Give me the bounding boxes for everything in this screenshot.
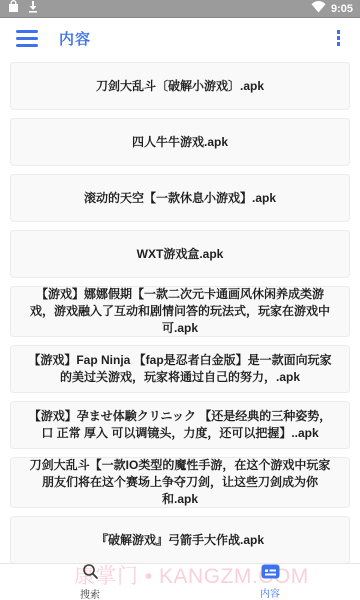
bottom-nav: 搜索 内容 <box>0 563 360 600</box>
wifi-icon <box>311 0 326 18</box>
download-icon <box>27 0 39 18</box>
list-item[interactable]: 『破解游戏』弓箭手大作战.apk <box>10 516 350 564</box>
search-icon <box>82 563 99 585</box>
tab-search[interactable]: 搜索 <box>0 564 180 600</box>
list-item[interactable]: 刀剑大乱斗【一款IO类型的魔性手游，在这个游戏中玩家朋友们将在这个赛场上争夺刀剑… <box>10 457 350 508</box>
list-item-label: 滚动的天空【一款休息小游戏】.apk <box>84 190 276 207</box>
content-icon <box>261 564 280 584</box>
list-item[interactable]: 刀剑大乱斗〔破解小游戏〕.apk <box>10 62 350 110</box>
list-item-label: 刀剑大乱斗〔破解小游戏〕.apk <box>96 78 264 95</box>
status-bar: 9:05 <box>0 0 360 18</box>
list-item[interactable]: 【游戏】孕ませ体験クリニック 【还是经典的三种姿势，口 正常 厚入 可以调镜头，… <box>10 401 350 449</box>
shopping-bag-icon <box>7 0 20 18</box>
overflow-menu-icon[interactable] <box>333 26 345 50</box>
tab-content[interactable]: 内容 <box>180 564 360 600</box>
list-item-label: 【游戏】Fap Ninja 【fap是忍者白金版】是一款面向玩家的美过关游戏，玩… <box>25 352 335 386</box>
app-bar: 内容 <box>0 18 360 58</box>
file-list: 刀剑大乱斗〔破解小游戏〕.apk四人牛牛游戏.apk滚动的天空【一款休息小游戏】… <box>0 58 360 564</box>
list-item-label: 刀剑大乱斗【一款IO类型的魔性手游，在这个游戏中玩家朋友们将在这个赛场上争夺刀剑… <box>25 457 335 508</box>
clock: 9:05 <box>331 3 353 15</box>
list-item-label: WXT游戏盒.apk <box>137 246 224 263</box>
list-item-label: 【游戏】孕ませ体験クリニック 【还是经典的三种姿势，口 正常 厚入 可以调镜头，… <box>25 408 335 442</box>
tab-content-label: 内容 <box>260 585 280 600</box>
tab-search-label: 搜索 <box>80 586 100 600</box>
list-item-label: 四人牛牛游戏.apk <box>132 134 228 151</box>
page-title: 内容 <box>59 28 91 49</box>
list-item[interactable]: WXT游戏盒.apk <box>10 230 350 278</box>
list-item[interactable]: 【游戏】Fap Ninja 【fap是忍者白金版】是一款面向玩家的美过关游戏，玩… <box>10 345 350 393</box>
list-item[interactable]: 【游戏】娜娜假期【一款二次元卡通画风休闲养成类游戏，游戏融入了互动和剧情问答的玩… <box>10 286 350 337</box>
list-item[interactable]: 四人牛牛游戏.apk <box>10 118 350 166</box>
list-item-label: 『破解游戏』弓箭手大作战.apk <box>96 532 264 549</box>
menu-icon[interactable] <box>16 30 38 47</box>
list-item-label: 【游戏】娜娜假期【一款二次元卡通画风休闲养成类游戏，游戏融入了互动和剧情问答的玩… <box>25 286 335 337</box>
list-item[interactable]: 滚动的天空【一款休息小游戏】.apk <box>10 174 350 222</box>
